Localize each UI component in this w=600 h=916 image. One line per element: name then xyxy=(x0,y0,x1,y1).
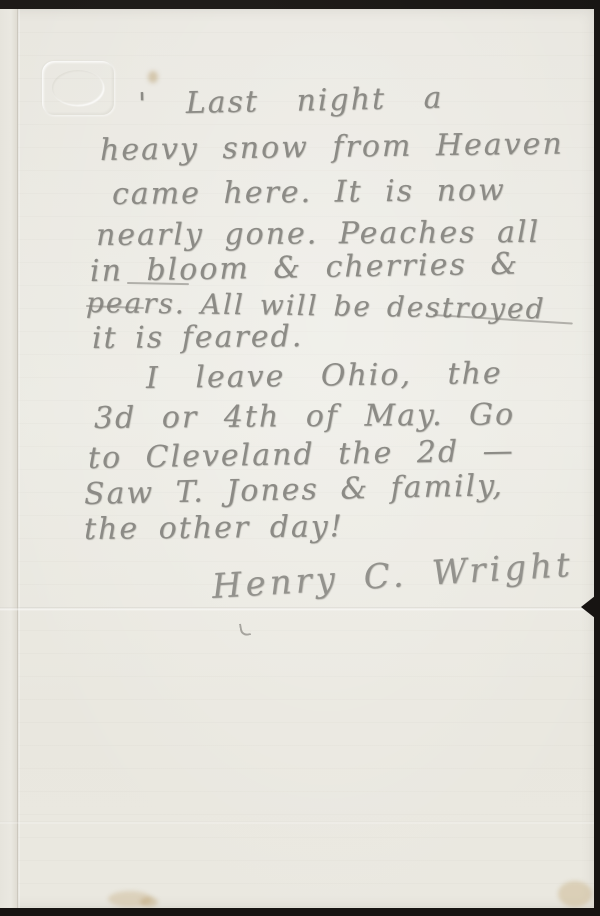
scanner-background: ' Last night a heavy snow from Heaven ca… xyxy=(0,0,600,916)
signature: Henry C. Wright xyxy=(211,545,575,607)
paper-stain xyxy=(148,71,158,83)
handwritten-line: 3d or 4th of May. Go xyxy=(94,397,515,436)
horizontal-fold-crease xyxy=(0,821,594,824)
vertical-fold-crease xyxy=(17,9,20,908)
embossed-stationery-stamp xyxy=(42,61,114,115)
handwritten-line: came here. It is now xyxy=(112,173,506,212)
adjacent-leaf-edge xyxy=(0,9,18,908)
handwritten-line: heavy snow from Heaven xyxy=(100,127,564,168)
torn-edge-notch xyxy=(581,596,594,618)
letter-page: ' Last night a heavy snow from Heaven ca… xyxy=(0,9,594,908)
paper-stain xyxy=(140,897,158,907)
handwritten-line: ' Last night a xyxy=(138,81,444,122)
handwritten-line: Saw T. Jones & family, xyxy=(84,468,504,512)
stray-pencil-tick xyxy=(239,622,251,637)
handwritten-line: the other day! xyxy=(84,509,344,547)
horizontal-fold-crease xyxy=(0,607,594,611)
embossed-stamp-oval xyxy=(52,70,104,106)
handwritten-line: it is feared. xyxy=(92,319,304,356)
paper-stain xyxy=(558,881,592,907)
handwritten-line: I leave Ohio, the xyxy=(146,356,503,396)
